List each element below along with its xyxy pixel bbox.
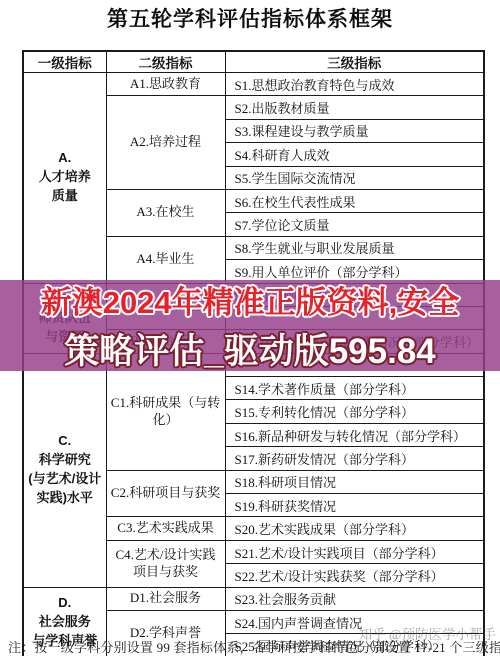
level3-cell-s20: S20.艺术实践成果（部分学科） <box>225 517 484 540</box>
level2-cell-c3: C3.艺术实践成果 <box>106 517 225 540</box>
ad-overlay-line1: 新澳2024年精准正版资料,安全 <box>41 277 460 322</box>
level2-cell-a2: A2.培养过程 <box>106 96 225 190</box>
header-level1: 一级指标 <box>23 51 106 73</box>
level1-cell-c: C. 科学研究 (与艺术/设计 实践)水平 <box>23 353 106 587</box>
table-row: A. 人才培养 质量 A1.思政教育 S1.思想政治教育特色与成效 <box>23 73 484 96</box>
level3-cell-s17: S17.新药研发情况（部分学科） <box>225 447 484 470</box>
table-header-row: 一级指标 二级指标 三级指标 <box>23 51 484 73</box>
level3-cell-s21: S21.艺术/设计实践项目（部分学科） <box>225 540 484 563</box>
level3-cell-s6: S6.在校生代表性成果 <box>225 189 484 212</box>
level3-cell-s4: S4.科研育人成效 <box>225 143 484 166</box>
level3-cell-s7: S7.学位论文质量 <box>225 213 484 236</box>
header-level3: 三级指标 <box>225 51 484 73</box>
table-row: D. 社会服务 与学科声誉 D1.社会服务 S23.社会服务贡献 <box>23 587 484 610</box>
level2-cell-a3: A3.在校生 <box>106 189 225 236</box>
level3-cell-s16: S16.新品种研发与转化情况（部分学科） <box>225 423 484 446</box>
level3-cell-s5: S5.学生国际交流情况 <box>225 166 484 189</box>
level1-cell-a: A. 人才培养 质量 <box>23 73 106 284</box>
level2-cell-c4: C4.艺术/设计实践项目与获奖 <box>106 540 225 587</box>
watermark-text: 知乎 @预防医学小帮手 <box>359 623 496 643</box>
level3-cell-s2: S2.出版教材质量 <box>225 96 484 119</box>
level2-cell-a1: A1.思政教育 <box>106 73 225 96</box>
level3-cell-s23: S23.社会服务贡献 <box>225 587 484 610</box>
level3-cell-s18: S18.科研项目情况 <box>225 470 484 493</box>
level2-cell-c2: C2.科研项目与获奖 <box>106 470 225 517</box>
level3-cell-s15: S15.专利转化情况（部分学科） <box>225 400 484 423</box>
level3-cell-s8: S8.学生就业与职业发展质量 <box>225 236 484 259</box>
level2-cell-a4: A4.毕业生 <box>106 236 225 283</box>
document-page: 第五轮学科评估指标体系框架 一级指标 二级指标 三级指标 A. 人才培养 质量 … <box>0 0 500 656</box>
level3-cell-s19: S19.科研获奖情况 <box>225 494 484 517</box>
page-title: 第五轮学科评估指标体系框架 <box>0 3 500 33</box>
level3-cell-s22: S22.艺术/设计实践获奖（部分学科） <box>225 564 484 587</box>
header-level2: 二级指标 <box>106 51 225 73</box>
ad-overlay-line2: 策略评估_驱动版595.84 <box>64 324 436 374</box>
level2-cell-d1: D1.社会服务 <box>106 587 225 610</box>
level3-cell-s3: S3.课程建设与教学质量 <box>225 119 484 142</box>
level3-cell-s1: S1.思想政治教育特色与成效 <box>225 73 484 96</box>
ad-overlay-banner: 新澳2024年精准正版资料,安全 策略评估_驱动版595.84 <box>0 280 500 371</box>
level3-cell-s14: S14.学术著作质量（部分学科） <box>225 377 484 400</box>
